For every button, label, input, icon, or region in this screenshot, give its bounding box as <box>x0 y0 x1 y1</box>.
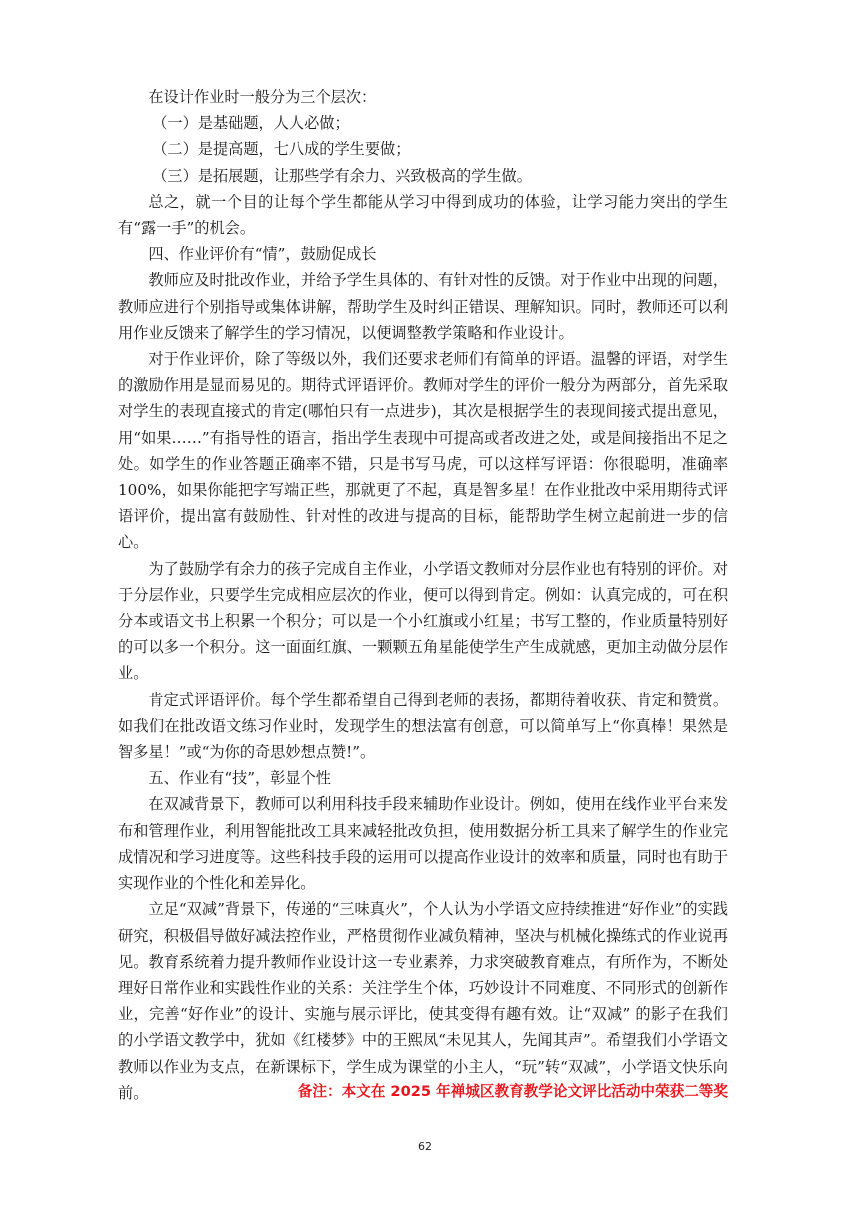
document-body: 在设计作业时一般分为三个层次： （一）是基础题，人人必做； （二）是提高题，七八… <box>118 84 728 1106</box>
paragraph-technology: 在双减背景下，教师可以利用科技手段来辅助作业设计。例如，使用在线作业平台来发布和… <box>118 791 728 896</box>
section-heading-five: 五、作业有“技”，彰显个性 <box>118 765 728 791</box>
list-item-advanced: （二）是提高题，七八成的学生要做； <box>118 136 728 162</box>
paragraph-summary: 总之，就一个目的让每个学生都能从学习中得到成功的体验，让学习能力突出的学生有“露… <box>118 189 728 241</box>
paragraph-tiered-evaluation: 为了鼓励学有余力的孩子完成自主作业，小学语文教师对分层作业也有特别的评价。对于分… <box>118 556 728 687</box>
paragraph-affirmative-comments: 肯定式评语评价。每个学生都希望自己得到老师的表扬，都期待着收获、肯定和赞赏。如我… <box>118 687 728 766</box>
section-heading-four: 四、作业评价有“情”，鼓励促成长 <box>118 241 728 267</box>
paragraph-expectation-comments: 对于作业评价，除了等级以外，我们还要求老师们有简单的评语。温馨的评语，对学生的激… <box>118 346 728 556</box>
paragraph-conclusion: 立足“双减”背景下，传递的“三味真火”，个人认为小学语文应持续推进“好作业”的实… <box>118 896 728 1106</box>
paragraph-intro: 在设计作业时一般分为三个层次： <box>118 84 728 110</box>
list-item-extension: （三）是拓展题，让那些学有余力、兴致极高的学生做。 <box>118 163 728 189</box>
paragraph-feedback: 教师应及时批改作业，并给予学生具体的、有针对性的反馈。对于作业中出现的问题，教师… <box>118 267 728 346</box>
award-remark: 备注：本文在 2025 年禅城区教育教学论文评比活动中荣获二等奖 <box>298 1080 728 1101</box>
page-number: 62 <box>0 1140 850 1153</box>
list-item-basic: （一）是基础题，人人必做； <box>118 110 728 136</box>
